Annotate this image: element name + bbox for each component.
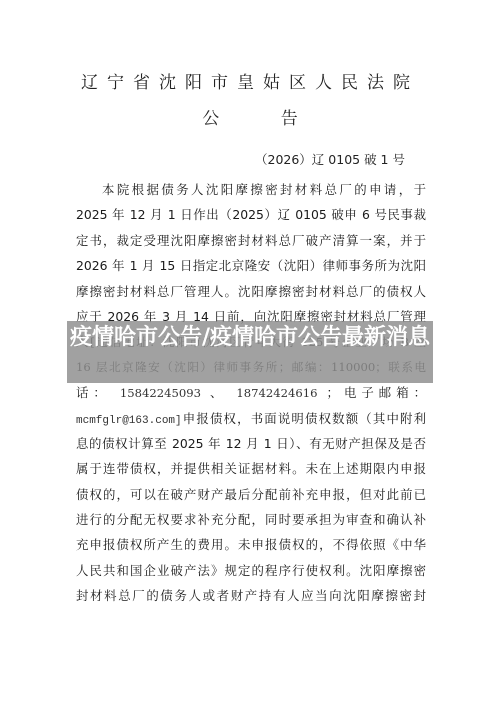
body-line-email: mcmfglr@163.com]申报债权，书面说明债权数额（其中附利 — [76, 406, 426, 431]
body-line: 封材料总厂的债务人或者财产持有人应当向沈阳摩擦密封 — [76, 583, 426, 608]
case-number: （2026）辽 0105 破 1 号 — [255, 150, 405, 168]
body-line-phones: 话： 15842245093 、 18742424616 ；电子邮箱： — [76, 380, 426, 405]
body-line: 本院根据债务人沈阳摩擦密封材料总厂的申请，于 — [76, 177, 426, 202]
notice-title: 公 告 — [0, 104, 500, 129]
body-line: 属于连带债权，并提供相关证据材料。未在上述期限内申报 — [76, 456, 426, 481]
body-text-segment: 话： — [76, 385, 111, 400]
body-text-segment: ；电子邮箱： — [327, 385, 427, 400]
court-name: 辽宁省沈阳市皇姑区人民法院 — [0, 68, 500, 93]
body-text-segment: 申报债权，书面说明债权数额（其中附利 — [182, 411, 426, 426]
body-line: 进行的分配无权要求补充分配，同时要承担为审查和确认补 — [76, 507, 426, 532]
body-line: 定书，裁定受理沈阳摩擦密封材料总厂破产清算一案，并于 — [76, 228, 426, 253]
body-line: 息的债权计算至 2025 年 12 月 1 日）、有无财产担保及是否 — [76, 431, 426, 456]
phone-number: 15842245093 — [120, 386, 201, 400]
headline-overlay-text: 疫情哈市公告/疫情哈市公告最新消息 — [67, 326, 433, 350]
phone-number: 18742424616 — [236, 386, 317, 400]
notice-title-char-1: 公 — [202, 104, 219, 129]
body-line: 充申报债权所产生的费用。未申报债权的，不得依照《中华 — [76, 532, 426, 557]
body-line: 2025 年 12 月 1 日作出（2025）辽 0105 破申 6 号民事裁 — [76, 202, 426, 227]
notice-body: 本院根据债务人沈阳摩擦密封材料总厂的申请，于 2025 年 12 月 1 日作出… — [76, 177, 426, 609]
body-line: 债权的，可以在破产财产最后分配前补充申报，但对此前已 — [76, 482, 426, 507]
email-address: mcmfglr@163.com] — [76, 415, 182, 427]
body-line: 2026 年 1 月 15 日指定北京隆安（沈阳）律师事务所为沈阳 — [76, 253, 426, 278]
body-text-segment: 、 — [210, 385, 227, 400]
body-line: 人民共和国企业破产法》规定的程序行使权利。沈阳摩擦密 — [76, 558, 426, 583]
notice-title-char-2: 告 — [281, 104, 298, 129]
body-line: 摩擦密封材料总厂管理人。沈阳摩擦密封材料总厂的债权人 — [76, 279, 426, 304]
